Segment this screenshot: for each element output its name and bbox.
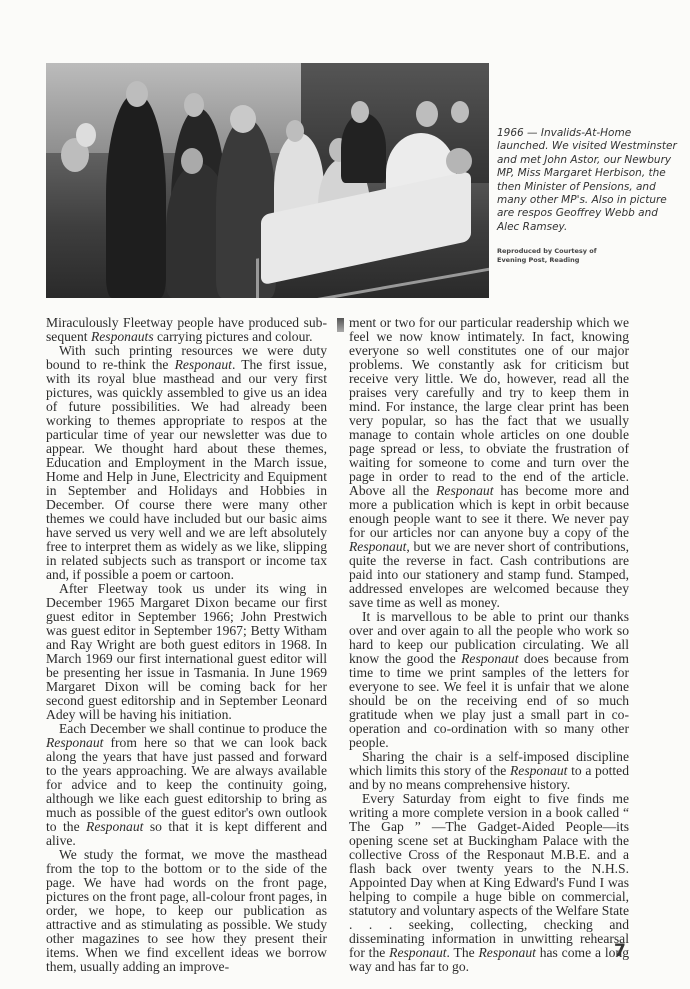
man-in-suit [106, 93, 166, 298]
paragraph: Sharing the chair is a self-imposed disc… [349, 750, 629, 792]
person-head [184, 93, 204, 117]
person-head [446, 148, 472, 174]
paragraph: With such printing resources we were dut… [46, 344, 327, 582]
person-head [76, 123, 96, 147]
credit-line: Evening Post, Reading [497, 256, 657, 265]
person-head [230, 105, 256, 133]
man [341, 113, 386, 183]
person-head [451, 101, 469, 123]
paragraph: After Fleetway took us under its wing in… [46, 582, 327, 722]
paragraph: It is marvellous to be able to print our… [349, 610, 629, 750]
right-text-column: ment or two for our particular readershi… [349, 316, 629, 974]
paragraph: We study the format, we move the masthea… [46, 848, 327, 974]
credit-line: Reproduced by Courtesy of [497, 247, 657, 256]
person-head [181, 148, 203, 174]
paragraph: Miraculously Fleetway people have produc… [46, 316, 327, 344]
photo-credit: Reproduced by Courtesy of Evening Post, … [497, 247, 657, 264]
person-head [351, 101, 369, 123]
person-head [416, 101, 438, 127]
paragraph: ment or two for our particular readershi… [349, 316, 629, 610]
person-head [286, 120, 304, 142]
group-photograph [46, 63, 489, 298]
photo-caption: 1966 — Invalids-At-Home launched. We vis… [497, 127, 677, 234]
column-continuation-marker [337, 318, 344, 332]
page-number: 7 [614, 941, 626, 961]
left-text-column: Miraculously Fleetway people have produc… [46, 316, 327, 974]
paragraph: Every Saturday from eight to five finds … [349, 792, 629, 974]
paragraph: Each December we shall continue to produ… [46, 722, 327, 848]
person-head [126, 81, 148, 107]
